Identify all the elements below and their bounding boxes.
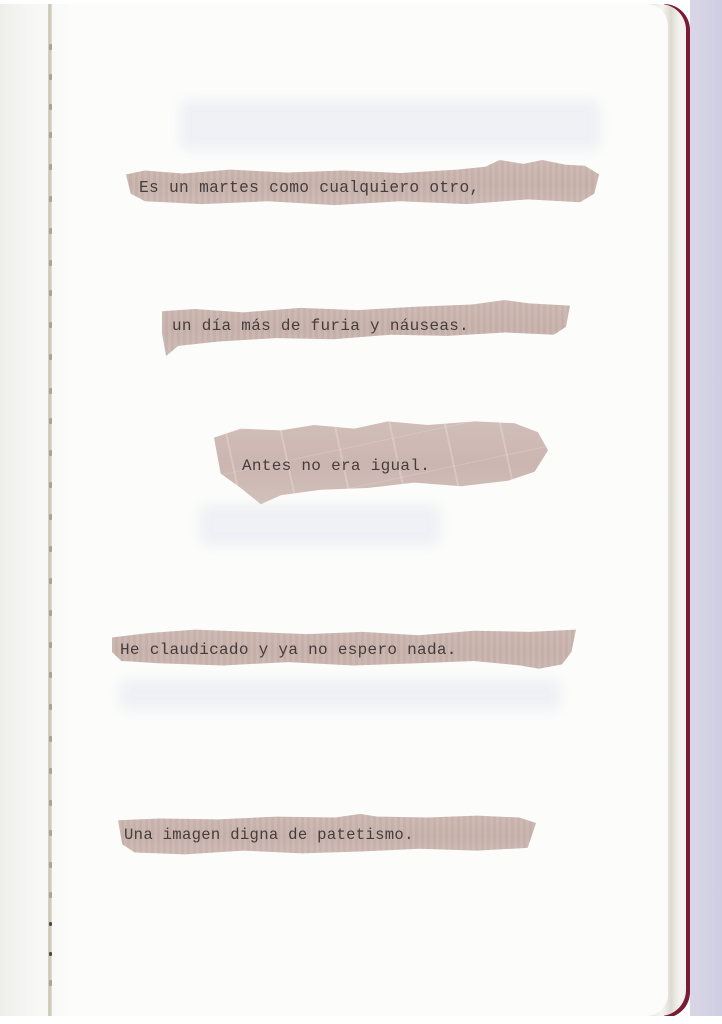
- scan-halo: [180, 100, 600, 150]
- binding-stitch: [49, 578, 52, 584]
- binding-stitch: [49, 354, 52, 360]
- binding-stitch: [49, 450, 52, 456]
- binding-stitch: [49, 980, 52, 986]
- binding-stitch: [49, 482, 52, 488]
- scan-margin: [0, 1016, 722, 1024]
- binding-stitch: [49, 196, 52, 202]
- binding-stitch: [49, 610, 52, 616]
- binding-stitch: [49, 132, 52, 138]
- poem-line-3: Antes no era igual.: [242, 457, 430, 475]
- binding-shadow: [0, 4, 70, 1016]
- binding-stitch: [49, 290, 52, 296]
- scan-halo: [120, 680, 560, 710]
- binding-stitch: [49, 514, 52, 520]
- scanner-backdrop: [690, 0, 722, 1024]
- binding-stitch: [49, 104, 52, 110]
- binding-stitch: [49, 922, 52, 926]
- binding-stitch: [49, 830, 52, 836]
- binding-stitch: [49, 546, 52, 552]
- binding-stitch: [49, 228, 52, 234]
- binding-stitch: [49, 44, 52, 50]
- binding-stitch: [49, 768, 52, 774]
- binding-stitch: [49, 892, 52, 898]
- binding-stitch: [49, 672, 52, 678]
- poem-line-1: Es un martes como cualquiero otro,: [139, 179, 479, 197]
- binding-stitch: [49, 418, 52, 424]
- binding-stitch: [49, 952, 52, 956]
- binding-stitch: [49, 74, 52, 80]
- poem-line-2: un día más de furia y náuseas.: [172, 317, 469, 335]
- binding-stitch: [49, 736, 52, 742]
- binding-stitch: [49, 800, 52, 806]
- poem-line-4: He claudicado y ya no espero nada.: [120, 641, 457, 659]
- binding-stitch: [49, 862, 52, 868]
- binding-stitch: [49, 260, 52, 266]
- binding-stitch: [49, 642, 52, 648]
- binding-stitch: [49, 322, 52, 328]
- binding-stitch: [49, 164, 52, 170]
- poem-line-5: Una imagen digna de patetismo.: [124, 826, 414, 844]
- binding-stitch: [49, 388, 52, 394]
- scanned-notebook-page: Es un martes como cualquiero otro, un dí…: [0, 0, 722, 1024]
- binding-stitch: [49, 704, 52, 710]
- scan-halo: [200, 505, 440, 545]
